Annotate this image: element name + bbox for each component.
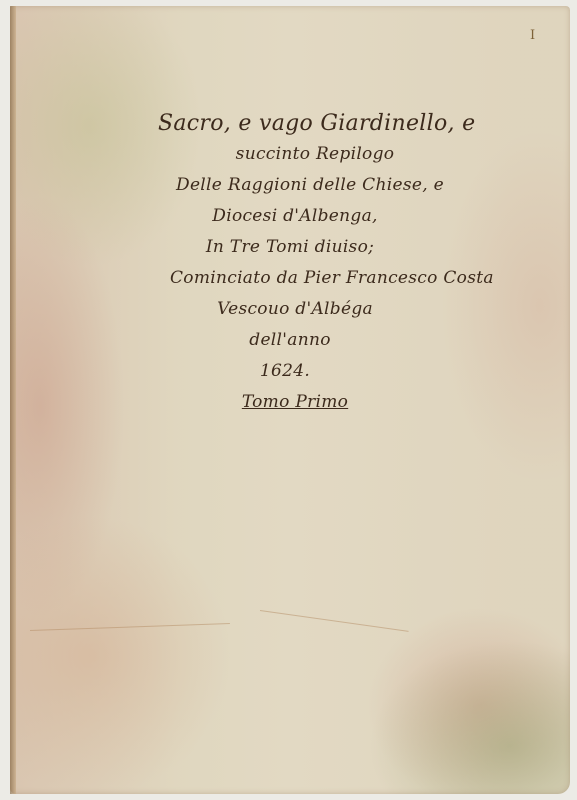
title-line: Cominciato da Pier Francesco Costa xyxy=(170,263,480,294)
title-line: succinto Repilogo xyxy=(150,139,480,170)
title-line: 1624. xyxy=(90,356,480,387)
title-line: Tomo Primo xyxy=(110,387,480,418)
title-line: Delle Raggioni delle Chiese, e xyxy=(140,170,480,201)
title-line: Vescouo d'Albéga xyxy=(110,294,480,325)
title-line: Sacro, e vago Giardinello, e xyxy=(158,108,480,139)
title-line: In Tre Tomi diuiso; xyxy=(100,232,480,263)
folio-number: I xyxy=(530,28,535,43)
binding-edge xyxy=(10,6,16,794)
title-line: Diocesi d'Albenga, xyxy=(110,201,480,232)
title-page-text: Sacro, e vago Giardinello, e succinto Re… xyxy=(150,108,480,418)
title-line: dell'anno xyxy=(100,325,480,356)
